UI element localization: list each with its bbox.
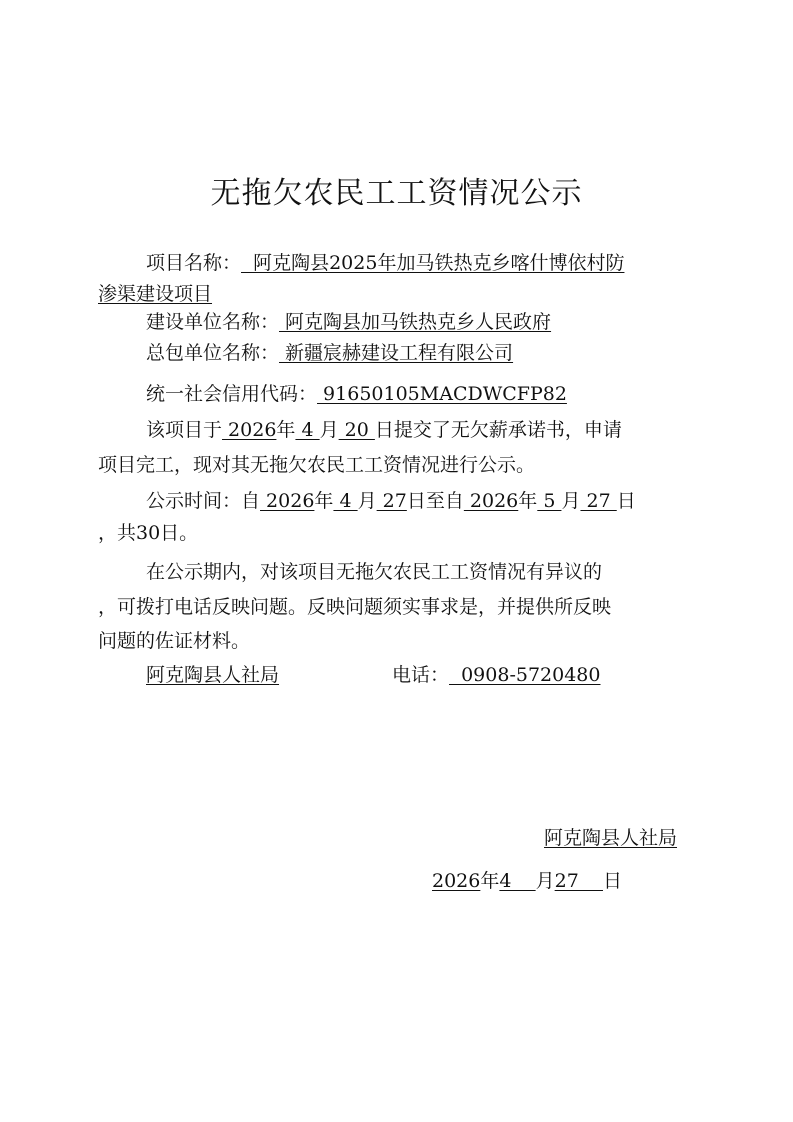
period-end-year: 2026 (464, 490, 518, 512)
period-end-month: 5 (537, 490, 561, 512)
month-unit: 月 (358, 490, 377, 512)
project-name-line2: 渗渠建设项目 (98, 281, 212, 307)
submission-year: 2026 (222, 419, 276, 441)
submission-prefix: 该项目于 (146, 419, 222, 441)
construction-unit-value: 阿克陶县加马铁热克乡人民政府 (279, 311, 551, 333)
objection-line1: 在公示期内，对该项目无拖欠农民工工资情况有异议的 (146, 559, 602, 585)
contact-org: 阿克陶县人社局 (146, 664, 279, 686)
year-unit: 年 (314, 490, 333, 512)
period-end-day: 27 (580, 490, 616, 512)
signature-month: 4 (499, 870, 535, 892)
submission-suffix: 日提交了无欠薪承诺书，申请 (375, 419, 622, 441)
general-contractor-label: 总包单位名称： (146, 342, 279, 364)
construction-unit-label: 建设单位名称： (146, 311, 279, 333)
general-contractor-line: 总包单位名称： 新疆宸赫建设工程有限公司 (146, 340, 513, 366)
submission-month: 4 (295, 419, 319, 441)
signature-org: 阿克陶县人社局 (544, 827, 677, 849)
year-unit: 年 (518, 490, 537, 512)
project-name-label: 项目名称： (146, 252, 241, 274)
signature-year: 2026 (432, 870, 480, 892)
signature-day: 27 (555, 870, 603, 892)
phone-number: 0908-5720480 (449, 664, 600, 686)
general-contractor-value: 新疆宸赫建设工程有限公司 (279, 342, 513, 364)
phone-label: 电话： (392, 664, 449, 686)
month-unit: 月 (561, 490, 580, 512)
credit-code-line: 统一社会信用代码： 91650105MACDWCFP82 (146, 381, 567, 407)
period-start-year: 2026 (260, 490, 314, 512)
day-unit: 日 (603, 870, 622, 892)
period-line2: ，共30日。 (98, 520, 198, 546)
period-line: 公示时间：自 2026年 4 月 27日至自 2026年 5 月 27 日 (146, 488, 636, 514)
period-start-day: 27 (377, 490, 407, 512)
period-start-month: 4 (333, 490, 357, 512)
month-unit: 月 (536, 870, 555, 892)
submission-line: 该项目于 2026年 4 月 20 日提交了无欠薪承诺书，申请 (146, 417, 622, 443)
day-unit: 日 (617, 490, 636, 512)
construction-unit-line: 建设单位名称： 阿克陶县加马铁热克乡人民政府 (146, 309, 551, 335)
signature-date-line: 2026年4 月27 日 (432, 868, 622, 894)
year-unit: 年 (276, 419, 295, 441)
document-title: 无拖欠农民工工资情况公示 (0, 168, 793, 212)
submission-day: 20 (339, 419, 375, 441)
month-unit: 月 (320, 419, 339, 441)
credit-code-label: 统一社会信用代码： (146, 383, 317, 405)
period-mid: 日至自 (407, 490, 464, 512)
submission-line2: 项目完工，现对其无拖欠农民工工资情况进行公示。 (98, 452, 535, 478)
year-unit: 年 (480, 870, 499, 892)
period-prefix: 公示时间：自 (146, 490, 260, 512)
objection-line2: ，可拨打电话反映问题。反映问题须实事求是，并提供所反映 (98, 594, 611, 620)
project-name-line: 项目名称： 阿克陶县2025年加马铁热克乡喀什博依村防 (146, 250, 624, 276)
objection-line3: 问题的佐证材料。 (98, 628, 250, 654)
credit-code-value: 91650105MACDWCFP82 (317, 383, 567, 405)
signature-org-line: 阿克陶县人社局 (544, 825, 677, 851)
project-name-value: 阿克陶县2025年加马铁热克乡喀什博依村防 (241, 252, 624, 274)
contact-phone-line: 电话： 0908-5720480 (392, 662, 601, 688)
project-name-value-cont: 渗渠建设项目 (98, 283, 212, 305)
contact-line: 阿克陶县人社局 (146, 662, 279, 688)
